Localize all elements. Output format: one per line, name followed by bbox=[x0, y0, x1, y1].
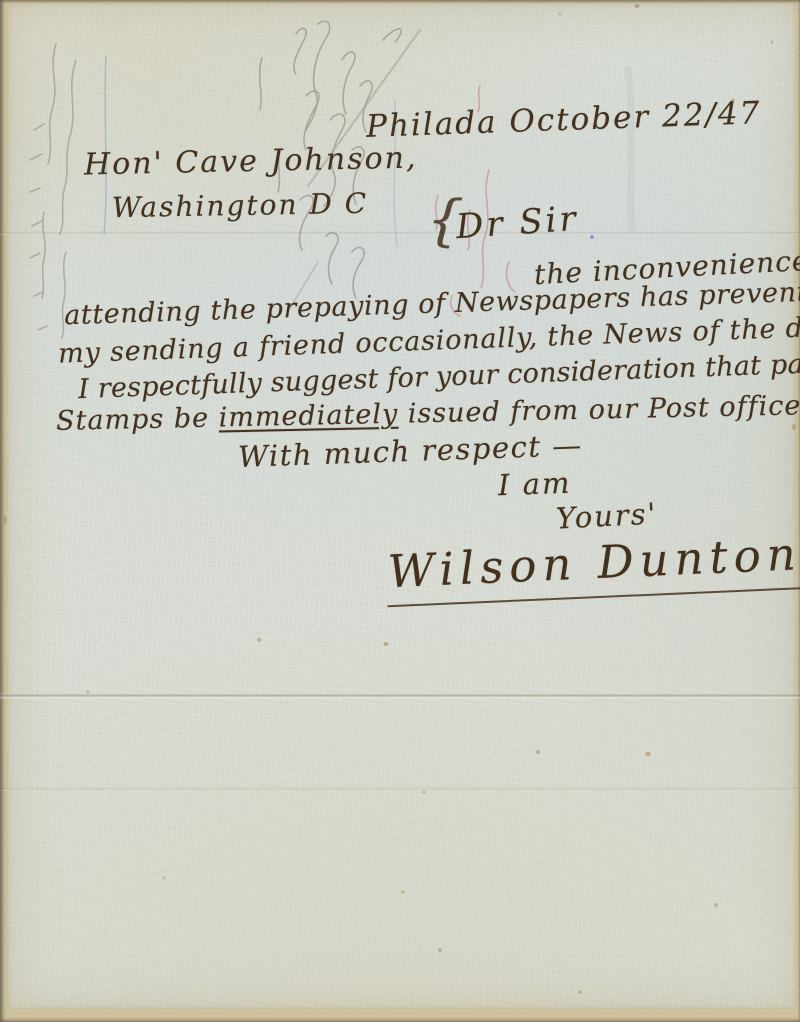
closing-i-am-line: I am bbox=[497, 466, 572, 503]
closing-yours-line: Yours' bbox=[555, 496, 658, 535]
underlined-word-immediately: immediately bbox=[218, 399, 398, 434]
recipient-city-line: Washington D C bbox=[112, 187, 369, 224]
salutation: Dr Sir bbox=[455, 199, 580, 247]
body-line-5-pre: Stamps be bbox=[56, 403, 219, 437]
recipient-name-line: Hon' Cave Johnson, bbox=[84, 141, 418, 183]
letter-page: Philada October 22/47 Hon' Cave Johnson,… bbox=[0, 0, 800, 1022]
pencil-scribbles-left-margin bbox=[30, 44, 76, 338]
